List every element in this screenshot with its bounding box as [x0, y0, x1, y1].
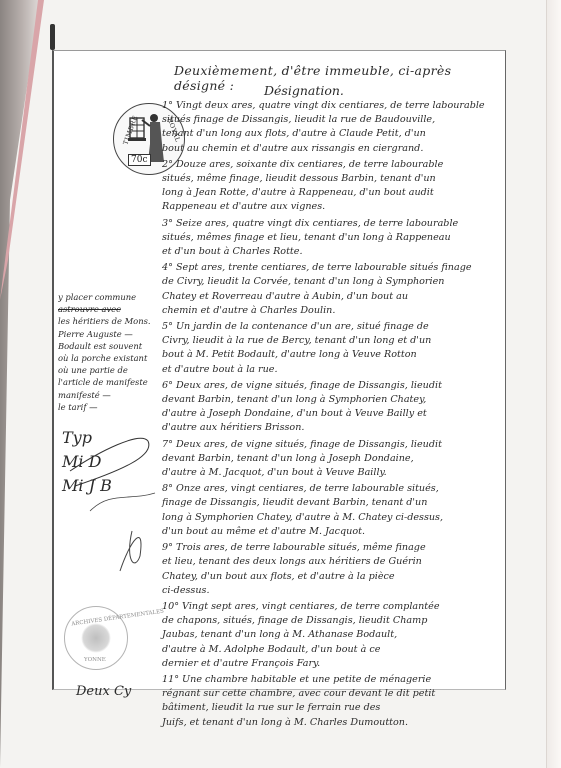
entry-1: 1° Vingt deux ares, quatre vingt dix cen… [152, 99, 502, 156]
margin-initials: Typ Mi D Mi J B [62, 426, 152, 566]
initial-1: Typ [62, 426, 152, 450]
scan-edge-right [546, 0, 561, 768]
entry-10: 10° Vingt sept ares, vingt centiares, de… [152, 600, 502, 671]
manuscript-page: Deuxièmement, d'être immeuble, ci-après … [52, 50, 506, 690]
entry-4: 4° Sept ares, trente centiares, de terre… [152, 261, 502, 318]
stamp-label-left: TIMBRE [121, 114, 139, 146]
page-subheading: Désignation. [264, 83, 344, 98]
binding-tab [50, 24, 55, 50]
cathedral-icon [81, 623, 111, 653]
designation-entries: 1° Vingt deux ares, quatre vingt dix cen… [152, 99, 502, 732]
stamp-label-bottom: YONNE [84, 657, 106, 663]
initial-3: Mi J B [62, 474, 152, 498]
scan-edge-left [0, 0, 44, 768]
entry-7: 7° Deux ares, de vigne situés, finage de… [152, 438, 502, 481]
stamp-label-top: ARCHIVES DÉPARTEMENTALES [71, 609, 164, 628]
entry-6: 6° Deux ares, de vigne situés, finage de… [152, 379, 502, 436]
stamp-value: 70c [128, 154, 151, 166]
bottom-signature: Deux Cy [76, 684, 131, 699]
entry-5: 5° Un jardin de la contenance d'un are, … [152, 320, 502, 377]
initial-2: Mi D [62, 450, 152, 474]
struck-through-line: astrouvre avec [58, 303, 150, 315]
entry-9: 9° Trois ares, de terre labourable situé… [152, 541, 502, 598]
entry-3: 3° Seize ares, quatre vingt dix centiare… [152, 217, 502, 260]
entry-2: 2° Douze ares, soixante dix centiares, d… [152, 158, 502, 215]
entry-11: 11° Une chambre habitable et une petite … [152, 673, 502, 730]
entry-8: 8° Onze ares, vingt centiares, de terre … [152, 482, 502, 539]
archives-departementales-stamp: ARCHIVES DÉPARTEMENTALES YONNE [64, 606, 128, 670]
margin-annotation: y placer commune astrouvre avec les héri… [58, 291, 150, 413]
